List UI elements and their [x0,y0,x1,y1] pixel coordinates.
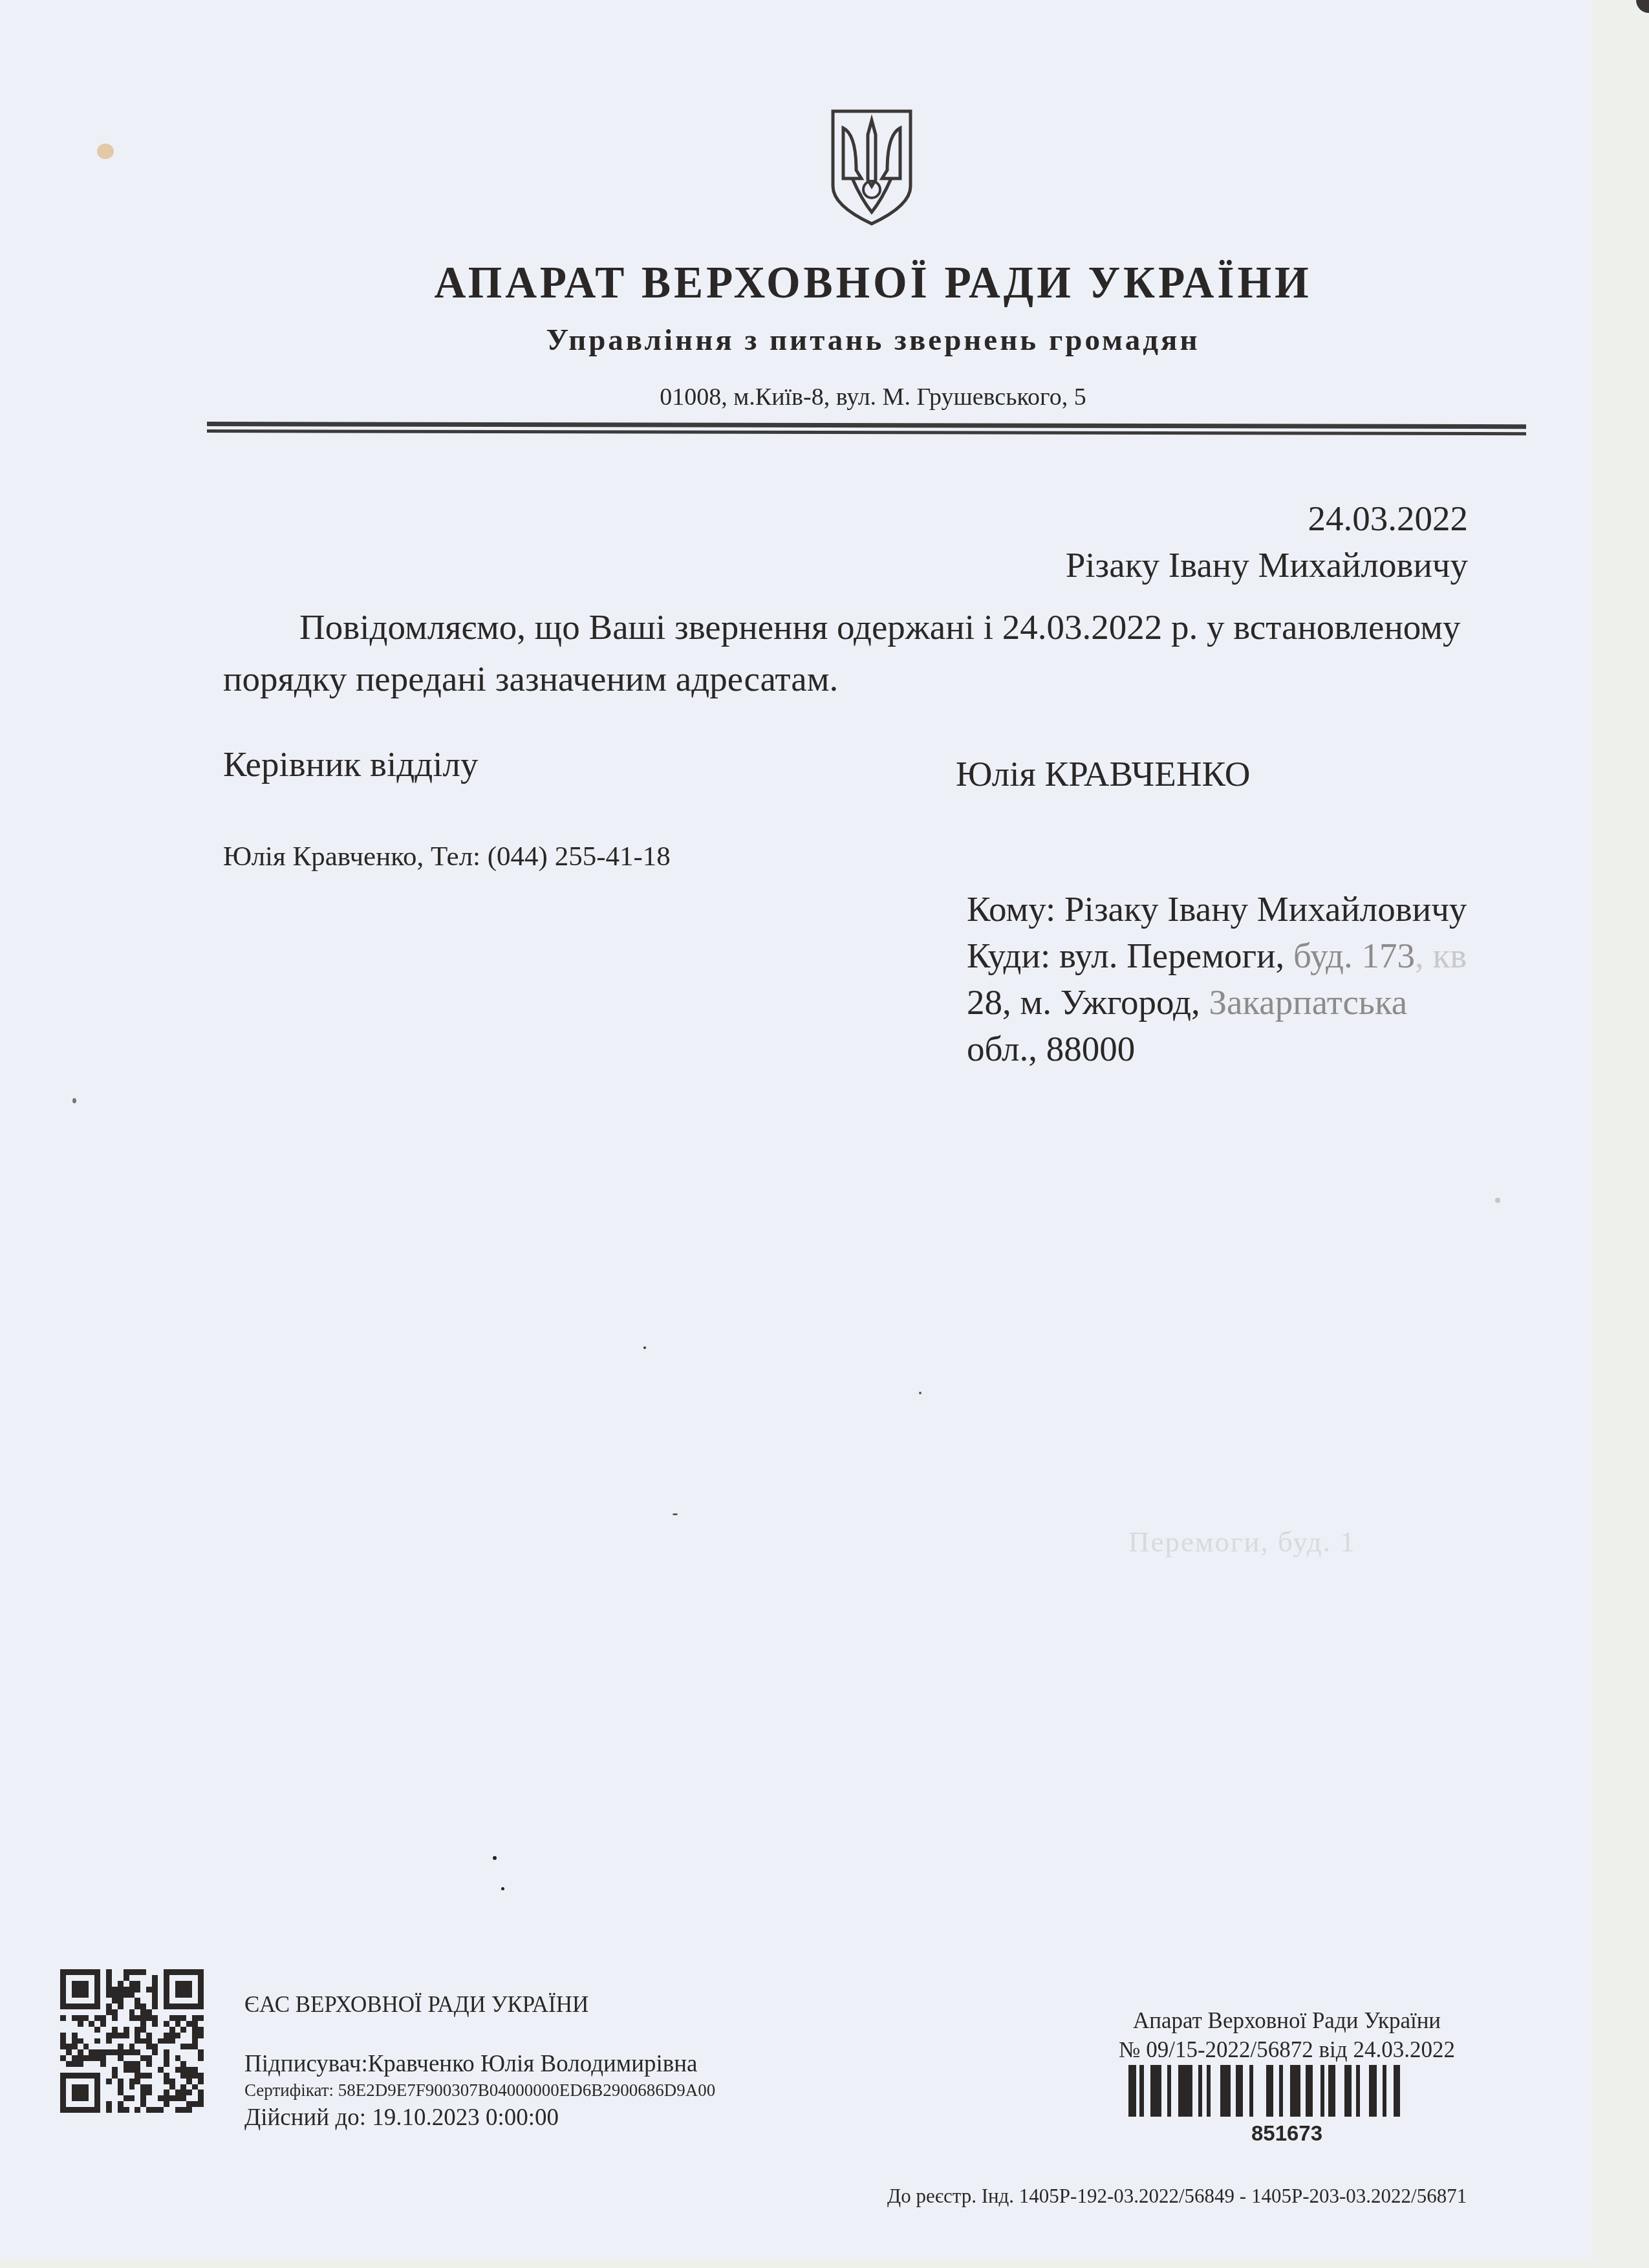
recipient-to: Кому: Різаку Івану Михайловичу [967,886,1467,933]
registration-organization: Апарат Верховної Ради України [1086,2008,1487,2034]
addressee-name: Різаку Івану Михайловичу [1066,545,1468,585]
recipient-city: 28, м. Ужгород, Закарпатська [967,979,1467,1026]
certificate-id: Сертифікат: 58E2D9E7F900307B04000000ED6B… [244,2080,715,2101]
barcode-icon [1128,2065,1423,2118]
header-divider [207,422,1526,429]
body-text-line-2: порядку передані зазначеним адресатам. [223,658,838,699]
qr-code-icon [60,1969,204,2113]
signature-title: Керівник відділу [223,744,479,784]
stain-speck [643,1346,646,1349]
recipient-city-name: 28, м. Ужгород, [967,982,1209,1022]
scanner-edge [1636,0,1649,13]
stain-speck [919,1392,921,1394]
stain-speck [493,1856,497,1860]
signature-name: Юлія КРАВЧЕНКО [956,753,1251,794]
letter-page: АПАРАТ ВЕРХОВНОЇ РАДИ УКРАЇНИ Управління… [0,0,1593,2259]
stain-speck [673,1513,678,1515]
eas-title: ЄАС ВЕРХОВНОЇ РАДИ УКРАЇНИ [244,1992,588,2018]
contact-info: Юлія Кравченко, Тел: (044) 255-41-18 [223,841,671,872]
certificate-validity: Дійсний до: 19.10.2023 0:00:00 [244,2104,559,2132]
organization-title: АПАРАТ ВЕРХОВНОЇ РАДИ УКРАЇНИ [17,257,1649,308]
recipient-region: Закарпатська [1209,982,1408,1022]
recipient-street: Куди: вул. Перемоги, [967,936,1293,975]
recipient-where: Куди: вул. Перемоги, буд. 173, кв [967,933,1467,979]
barcode-number: 851673 [1086,2121,1487,2146]
stain-speck [72,1098,76,1103]
digital-signer: Підписувач:Кравченко Юлія Володимирівна [244,2050,697,2078]
organization-address: 01008, м.Київ-8, вул. М. Грушевського, 5 [0,383,1649,411]
recipient-postal: обл., 88000 [967,1026,1467,1072]
stain-speck [97,144,114,159]
stain-speck [501,1887,504,1890]
letter-date: 24.03.2022 [1308,498,1469,539]
recipient-apartment-label: , кв [1415,936,1467,975]
stain-speck [1495,1198,1500,1203]
recipient-building: буд. 173 [1293,936,1415,975]
bleed-through-text: Перемоги, буд. 1 [1128,1525,1356,1559]
department-title: Управління з питань звернень громадян [0,323,1649,358]
trident-coat-of-arms-icon [829,109,914,226]
recipient-block: Кому: Різаку Івану Михайловичу Куди: вул… [967,886,1467,1072]
body-text-line-1: Повідомляємо, що Ваші звернення одержані… [299,607,1461,647]
header-divider [207,429,1526,435]
register-index: До реєстр. Інд. 1405Р-192-03.2022/56849 … [887,2185,1467,2208]
registration-number: № 09/15-2022/56872 від 24.03.2022 [1086,2037,1487,2063]
